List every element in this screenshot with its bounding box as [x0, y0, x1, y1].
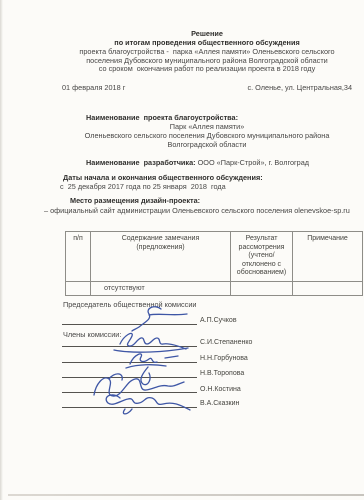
member-signature-1	[110, 329, 200, 355]
table-header-content: Содержание замечания (предложения)	[90, 232, 230, 281]
member-signature-3	[118, 361, 176, 387]
table-cell-content: отсутствуют	[90, 281, 230, 295]
scan-left-edge-shadow	[0, 0, 3, 500]
placement-label: Место размещения дизайн-проекта:	[70, 197, 200, 206]
table-header-result: Результат рассмотрения (учтено/ отклонен…	[230, 232, 292, 281]
chairman-label: Председатель общественной комиссии	[63, 301, 196, 310]
members-label: Члены комиссии:	[63, 331, 121, 340]
table-cell-result	[230, 281, 292, 295]
table-header-note: Примечание	[292, 232, 362, 281]
scan-bottom-edge-shadow	[8, 494, 364, 496]
signature-line-member-4	[62, 392, 197, 393]
member-name-3: Н.В.Торопова	[200, 370, 244, 377]
title-line-5: со сроком окончания работ по реализации …	[57, 65, 357, 74]
signature-line-member-2	[62, 362, 197, 363]
member-name-2: Н.Н.Горбунова	[200, 355, 248, 362]
document-page: Решение по итогам проведения общественно…	[0, 0, 364, 500]
developer-line: Наименование разработчика: ООО «Парк-Стр…	[86, 159, 309, 168]
table-cell-num	[66, 281, 90, 295]
placement-value: – официальный сайт администрации Оленьев…	[44, 206, 352, 215]
member-signature-5	[98, 389, 194, 417]
member-name-4: О.Н.Костина	[200, 386, 241, 393]
signature-line-member-3	[62, 377, 197, 378]
table-cell-note	[292, 281, 362, 295]
signature-line-member-1	[62, 346, 197, 347]
signature-line-chairman	[62, 324, 197, 325]
table-header-num: п/п	[66, 232, 90, 281]
document-address: с. Оленье, ул. Центральная,34	[247, 84, 352, 93]
member-name-5: В.А.Сказкин	[200, 400, 239, 407]
member-signature-2	[122, 351, 184, 369]
signature-line-member-5	[62, 407, 197, 408]
developer-label: Наименование разработчика:	[86, 158, 196, 167]
project-name-value-3: Волгоградской области	[57, 141, 357, 150]
document-date: 01 февраля 2018 г	[62, 84, 125, 93]
discussion-dates-value: с 25 декабря 2017 года по 25 января 2018…	[60, 183, 226, 192]
chairman-name: А.П.Сучков	[200, 317, 237, 324]
member-name-1: С.И.Степаненко	[200, 339, 252, 346]
comments-table: п/п Содержание замечания (предложения) Р…	[65, 231, 363, 296]
developer-value: ООО «Парк-Строй», г. Волгоград	[196, 158, 309, 167]
